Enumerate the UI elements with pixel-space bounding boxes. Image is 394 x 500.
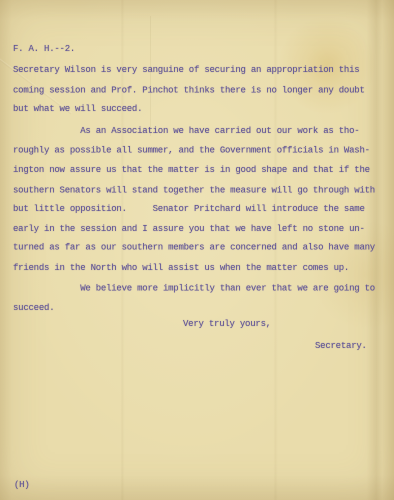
- letter-line: coming session and Prof. Pinchot thinks …: [13, 85, 365, 96]
- letter-line: early in the session and I assure you th…: [13, 224, 365, 235]
- letter-line: Secretary Wilson is very sanguine of sec…: [13, 65, 359, 76]
- letter-line: We believe more implicitly than ever tha…: [13, 283, 375, 294]
- paper-crease: [150, 16, 151, 136]
- typist-initials: (H): [14, 480, 30, 491]
- letter-page: F. A. H.--2. Secretary Wilson is very sa…: [0, 0, 394, 500]
- valediction: Very truly yours,: [183, 319, 271, 330]
- letter-line: turned as far as our southern members ar…: [13, 243, 375, 254]
- letter-line: friends in the North who will assist us …: [13, 263, 349, 274]
- letter-line: but little opposition. Senator Pritchard…: [13, 204, 365, 215]
- page-number-header: F. A. H.--2.: [13, 44, 75, 55]
- letter-line: ington now assure us that the matter is …: [13, 165, 370, 176]
- letter-line: roughly as possible all summer, and the …: [13, 146, 370, 157]
- letter-line: but what we will succeed.: [13, 104, 142, 115]
- letter-line: succeed.: [13, 303, 54, 314]
- letter-line: southern Senators will stand together th…: [13, 185, 375, 196]
- letter-line: As an Association we have carried out ou…: [13, 126, 359, 137]
- signature: Secretary.: [315, 341, 367, 352]
